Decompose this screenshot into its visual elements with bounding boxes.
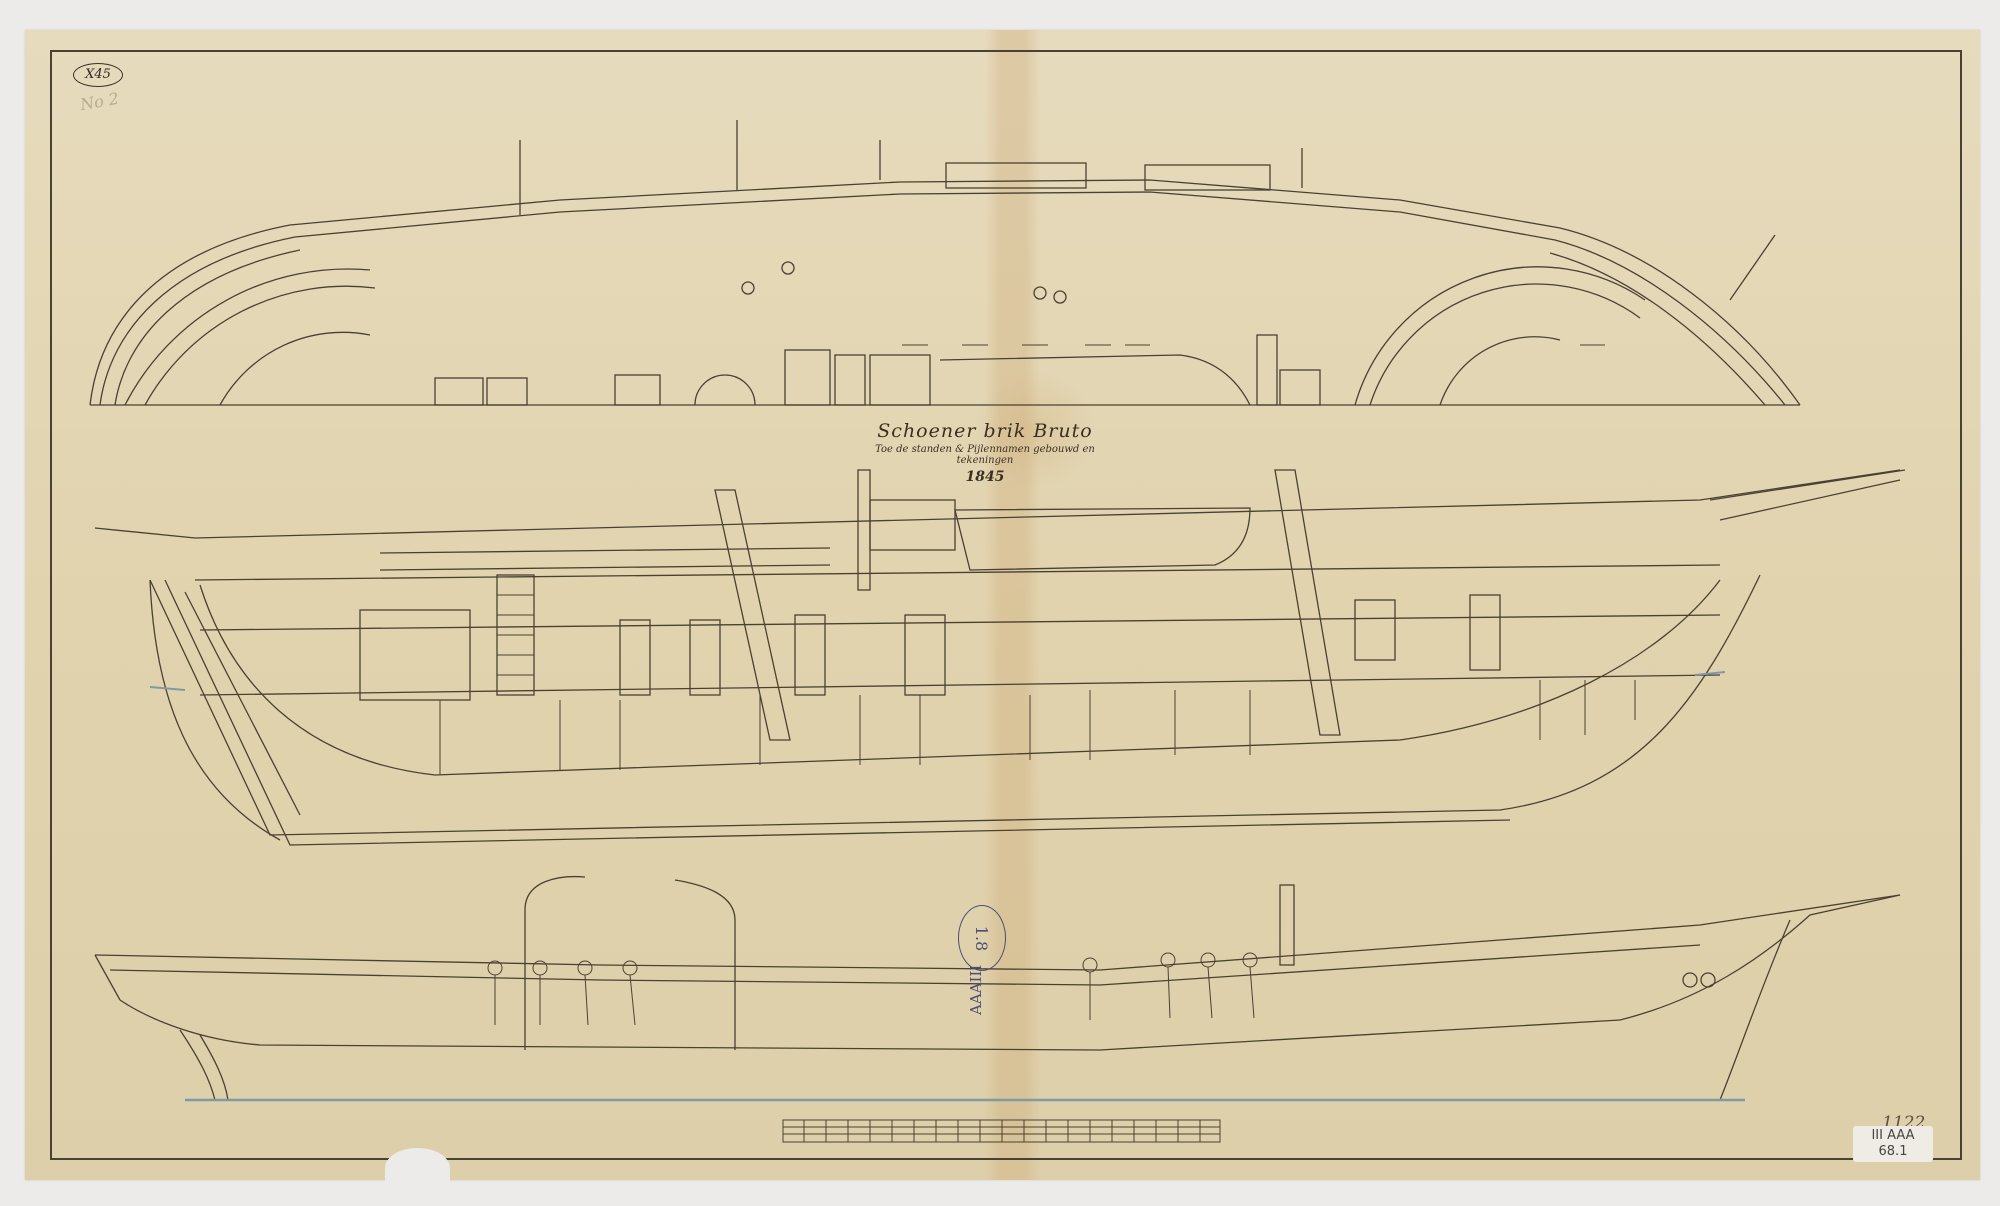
deck-plan-view — [90, 120, 1800, 405]
plan-title: Schoener brik Bruto — [850, 420, 1120, 442]
plate-number: X45 — [73, 63, 123, 87]
archive-stamp: 1.8 — [958, 905, 1006, 971]
title-cartouche: Schoener brik Bruto Toe de standen & Pij… — [850, 420, 1120, 485]
catalogue-label-line1: III AAA — [1853, 1128, 1933, 1144]
waterline-mark — [150, 687, 185, 690]
plan-subtitle: Toe de standen & Pijlennamen gebouwd en … — [850, 444, 1120, 466]
catalogue-label-line2: 68.1 — [1853, 1144, 1933, 1160]
paper-damage — [385, 1148, 450, 1188]
ship-drawings — [0, 0, 2000, 1206]
longitudinal-section-view — [95, 470, 1905, 845]
outboard-profile-view — [95, 877, 1900, 1100]
archive-stamp-number: 1.8 — [972, 925, 991, 950]
catalogue-label: III AAA 68.1 — [1853, 1126, 1933, 1162]
plan-year: 1845 — [850, 469, 1120, 485]
scale-bar — [783, 1120, 1220, 1142]
archive-stamp-code: AAAIII — [967, 965, 985, 1015]
